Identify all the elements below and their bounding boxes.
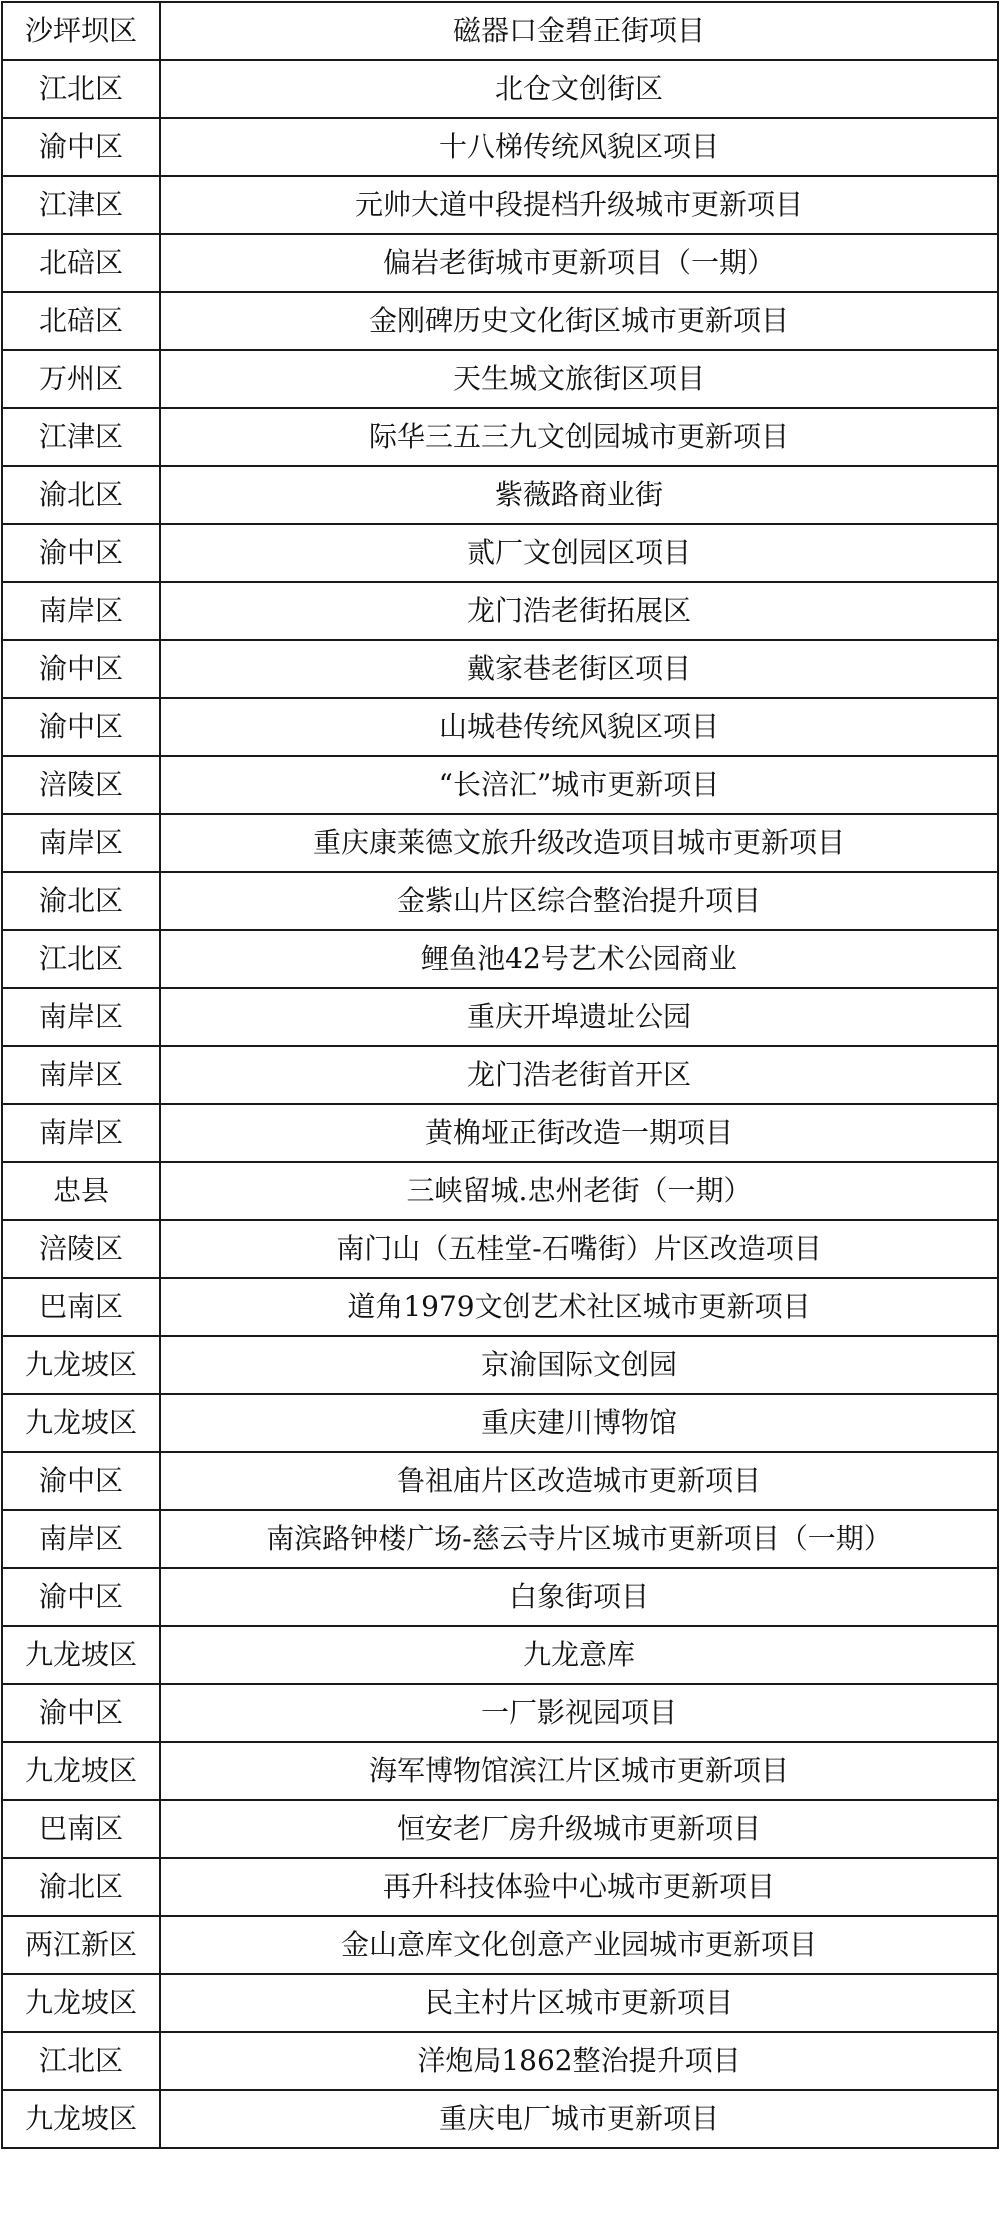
district-cell: 北碚区	[2, 234, 160, 292]
table-row: 九龙坡区京渝国际文创园	[2, 1336, 998, 1394]
district-cell: 沙坪坝区	[2, 2, 160, 60]
district-cell: 江津区	[2, 176, 160, 234]
district-cell: 江北区	[2, 2032, 160, 2090]
project-name-cell: 海军博物馆滨江片区城市更新项目	[160, 1742, 998, 1800]
project-name-cell: 京渝国际文创园	[160, 1336, 998, 1394]
project-name-cell: 龙门浩老街拓展区	[160, 582, 998, 640]
project-name-cell: 重庆建川博物馆	[160, 1394, 998, 1452]
table-row: 渝中区鲁祖庙片区改造城市更新项目	[2, 1452, 998, 1510]
table-row: 渝中区贰厂文创园区项目	[2, 524, 998, 582]
project-name-cell: 洋炮局1862整治提升项目	[160, 2032, 998, 2090]
project-name-cell: 黄桷垭正街改造一期项目	[160, 1104, 998, 1162]
table-row: 渝中区戴家巷老街区项目	[2, 640, 998, 698]
district-cell: 万州区	[2, 350, 160, 408]
table-row: 南岸区重庆开埠遗址公园	[2, 988, 998, 1046]
district-cell: 巴南区	[2, 1800, 160, 1858]
table-row: 九龙坡区重庆建川博物馆	[2, 1394, 998, 1452]
district-cell: 渝中区	[2, 1684, 160, 1742]
project-name-cell: 重庆电厂城市更新项目	[160, 2090, 998, 2148]
table-row: 南岸区重庆康莱德文旅升级改造项目城市更新项目	[2, 814, 998, 872]
district-cell: 九龙坡区	[2, 2090, 160, 2148]
district-cell: 渝中区	[2, 698, 160, 756]
project-name-cell: 重庆开埠遗址公园	[160, 988, 998, 1046]
project-name-cell: 际华三五三九文创园城市更新项目	[160, 408, 998, 466]
project-name-cell: “长涪汇”城市更新项目	[160, 756, 998, 814]
table-row: 涪陵区南门山（五桂堂-石嘴街）片区改造项目	[2, 1220, 998, 1278]
district-cell: 江北区	[2, 930, 160, 988]
project-name-cell: 龙门浩老街首开区	[160, 1046, 998, 1104]
district-cell: 南岸区	[2, 582, 160, 640]
district-cell: 九龙坡区	[2, 1974, 160, 2032]
table-row: 渝中区十八梯传统风貌区项目	[2, 118, 998, 176]
project-name-cell: 偏岩老街城市更新项目（一期）	[160, 234, 998, 292]
project-name-cell: 白象街项目	[160, 1568, 998, 1626]
table-row: 江津区际华三五三九文创园城市更新项目	[2, 408, 998, 466]
project-name-cell: 恒安老厂房升级城市更新项目	[160, 1800, 998, 1858]
table-row: 九龙坡区重庆电厂城市更新项目	[2, 2090, 998, 2148]
project-name-cell: 元帅大道中段提档升级城市更新项目	[160, 176, 998, 234]
table-row: 南岸区龙门浩老街拓展区	[2, 582, 998, 640]
district-cell: 九龙坡区	[2, 1626, 160, 1684]
district-cell: 两江新区	[2, 1916, 160, 1974]
district-cell: 九龙坡区	[2, 1394, 160, 1452]
project-name-cell: 南门山（五桂堂-石嘴街）片区改造项目	[160, 1220, 998, 1278]
project-name-cell: 鲁祖庙片区改造城市更新项目	[160, 1452, 998, 1510]
table-row: 南岸区黄桷垭正街改造一期项目	[2, 1104, 998, 1162]
district-cell: 忠县	[2, 1162, 160, 1220]
district-cell: 渝中区	[2, 524, 160, 582]
table-row: 万州区天生城文旅街区项目	[2, 350, 998, 408]
district-cell: 江津区	[2, 408, 160, 466]
district-cell: 渝北区	[2, 872, 160, 930]
project-name-cell: 十八梯传统风貌区项目	[160, 118, 998, 176]
project-name-cell: 北仓文创街区	[160, 60, 998, 118]
project-name-cell: 道角1979文创艺术社区城市更新项目	[160, 1278, 998, 1336]
project-table: 沙坪坝区磁器口金碧正街项目江北区北仓文创街区渝中区十八梯传统风貌区项目江津区元帅…	[1, 1, 999, 2149]
project-name-cell: 山城巷传统风貌区项目	[160, 698, 998, 756]
table-row: 渝中区山城巷传统风貌区项目	[2, 698, 998, 756]
project-name-cell: 戴家巷老街区项目	[160, 640, 998, 698]
project-name-cell: 天生城文旅街区项目	[160, 350, 998, 408]
table-row: 沙坪坝区磁器口金碧正街项目	[2, 2, 998, 60]
project-name-cell: 贰厂文创园区项目	[160, 524, 998, 582]
district-cell: 涪陵区	[2, 1220, 160, 1278]
district-cell: 巴南区	[2, 1278, 160, 1336]
table-row: 巴南区道角1979文创艺术社区城市更新项目	[2, 1278, 998, 1336]
table-row: 北碚区金刚碑历史文化街区城市更新项目	[2, 292, 998, 350]
district-cell: 九龙坡区	[2, 1742, 160, 1800]
table-row: 渝中区一厂影视园项目	[2, 1684, 998, 1742]
table-row: 九龙坡区海军博物馆滨江片区城市更新项目	[2, 1742, 998, 1800]
table-row: 江津区元帅大道中段提档升级城市更新项目	[2, 176, 998, 234]
district-cell: 渝中区	[2, 118, 160, 176]
table-row: 渝北区金紫山片区综合整治提升项目	[2, 872, 998, 930]
district-cell: 南岸区	[2, 1104, 160, 1162]
project-name-cell: 紫薇路商业街	[160, 466, 998, 524]
table-row: 江北区洋炮局1862整治提升项目	[2, 2032, 998, 2090]
project-name-cell: 金刚碑历史文化街区城市更新项目	[160, 292, 998, 350]
table-row: 忠县三峡留城.忠州老街（一期）	[2, 1162, 998, 1220]
project-name-cell: 再升科技体验中心城市更新项目	[160, 1858, 998, 1916]
table-row: 两江新区金山意库文化创意产业园城市更新项目	[2, 1916, 998, 1974]
table-row: 九龙坡区九龙意库	[2, 1626, 998, 1684]
table-row: 渝北区紫薇路商业街	[2, 466, 998, 524]
table-row: 涪陵区“长涪汇”城市更新项目	[2, 756, 998, 814]
district-cell: 渝北区	[2, 466, 160, 524]
project-name-cell: 九龙意库	[160, 1626, 998, 1684]
district-cell: 九龙坡区	[2, 1336, 160, 1394]
district-cell: 南岸区	[2, 814, 160, 872]
district-cell: 南岸区	[2, 1046, 160, 1104]
project-name-cell: 鲤鱼池42号艺术公园商业	[160, 930, 998, 988]
district-cell: 渝中区	[2, 1568, 160, 1626]
district-cell: 江北区	[2, 60, 160, 118]
table-row: 九龙坡区民主村片区城市更新项目	[2, 1974, 998, 2032]
table-row: 南岸区南滨路钟楼广场-慈云寺片区城市更新项目（一期）	[2, 1510, 998, 1568]
table-row: 巴南区恒安老厂房升级城市更新项目	[2, 1800, 998, 1858]
table-row: 渝北区再升科技体验中心城市更新项目	[2, 1858, 998, 1916]
project-name-cell: 金紫山片区综合整治提升项目	[160, 872, 998, 930]
project-name-cell: 南滨路钟楼广场-慈云寺片区城市更新项目（一期）	[160, 1510, 998, 1568]
district-cell: 北碚区	[2, 292, 160, 350]
table-row: 江北区鲤鱼池42号艺术公园商业	[2, 930, 998, 988]
project-name-cell: 三峡留城.忠州老街（一期）	[160, 1162, 998, 1220]
table-body: 沙坪坝区磁器口金碧正街项目江北区北仓文创街区渝中区十八梯传统风貌区项目江津区元帅…	[2, 2, 998, 2148]
table-row: 渝中区白象街项目	[2, 1568, 998, 1626]
project-name-cell: 磁器口金碧正街项目	[160, 2, 998, 60]
district-cell: 渝中区	[2, 1452, 160, 1510]
district-cell: 涪陵区	[2, 756, 160, 814]
table-row: 南岸区龙门浩老街首开区	[2, 1046, 998, 1104]
project-name-cell: 金山意库文化创意产业园城市更新项目	[160, 1916, 998, 1974]
district-cell: 南岸区	[2, 988, 160, 1046]
table-row: 江北区北仓文创街区	[2, 60, 998, 118]
district-cell: 渝中区	[2, 640, 160, 698]
table-row: 北碚区偏岩老街城市更新项目（一期）	[2, 234, 998, 292]
project-name-cell: 重庆康莱德文旅升级改造项目城市更新项目	[160, 814, 998, 872]
district-cell: 南岸区	[2, 1510, 160, 1568]
district-cell: 渝北区	[2, 1858, 160, 1916]
project-name-cell: 民主村片区城市更新项目	[160, 1974, 998, 2032]
project-name-cell: 一厂影视园项目	[160, 1684, 998, 1742]
